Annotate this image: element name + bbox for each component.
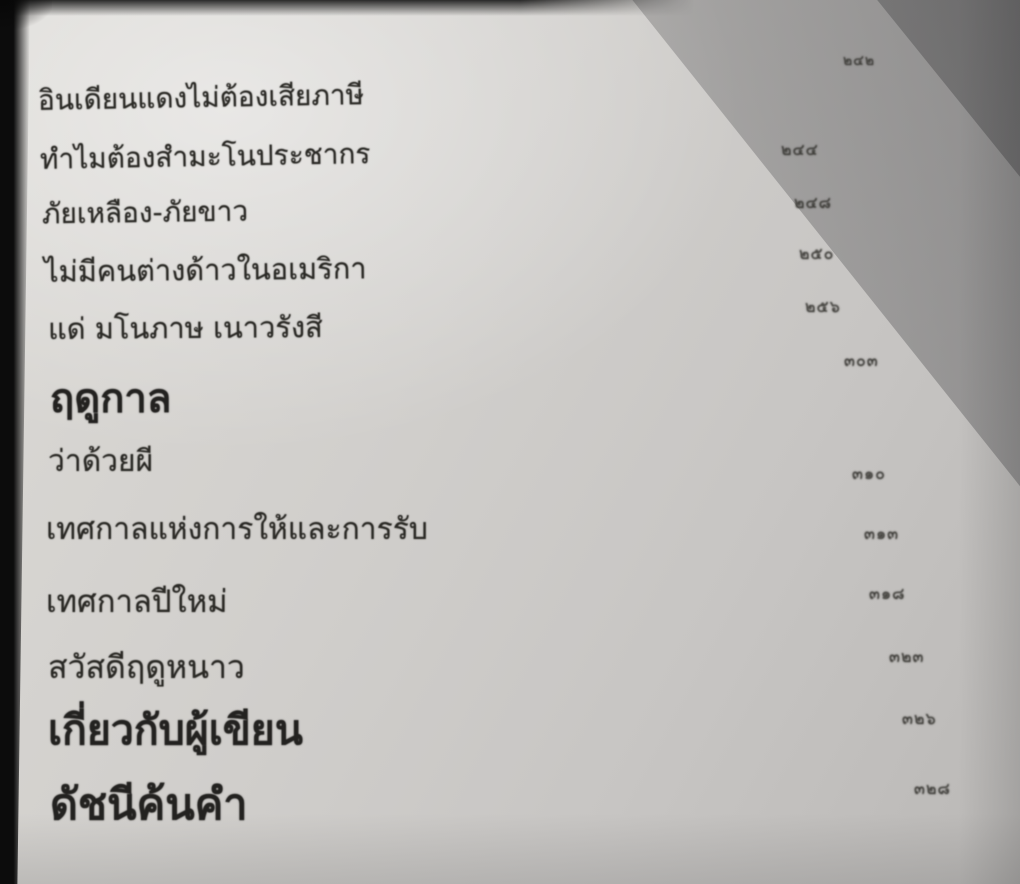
toc-entry-page-number: ๓๑๐	[852, 462, 886, 487]
toc-entry-title: เทศกาลปีใหม่	[46, 576, 228, 626]
toc-entry-page-number: ๓๑๘	[869, 582, 905, 607]
book-page-photo: อินเดียนแดงไม่ต้องเสียภาษี ๒๔๒ ทำไมต้องส…	[0, 0, 1020, 884]
toc-entry-page-number: ๓๒๓	[889, 645, 924, 670]
toc-entry-title: ว่าด้วยผี	[48, 438, 153, 485]
toc-entry-title: เทศกาลแห่งการให้และการรับ	[46, 506, 428, 553]
toc-entry-title: ทำไมต้องสำมะโนประชากร	[40, 132, 371, 182]
toc-entry-title: สวัสดีฤดูหนาว	[48, 642, 245, 693]
toc-entry-title: ภัยเหลือง-ภัยขาว	[42, 190, 249, 237]
toc-section-title: ดัชนีค้นคำ	[50, 770, 248, 838]
toc-entry-title: อินเดียนแดงไม่ต้องเสียภาษี	[38, 73, 365, 123]
table-of-contents: อินเดียนแดงไม่ต้องเสียภาษี ๒๔๒ ทำไมต้องส…	[0, 0, 1020, 884]
toc-entry-page-number: ๓๑๓	[864, 522, 899, 547]
toc-section-title: ฤดูกาล	[50, 366, 171, 430]
toc-entry-page-number: ๒๕๖	[805, 295, 841, 320]
toc-entry-page-number: ๒๔๒	[843, 50, 875, 72]
toc-entry-title: แด่ มโนภาษ เนาวรังสี	[48, 304, 323, 352]
toc-entry-page-number: ๒๔๘	[794, 191, 832, 216]
toc-section-title: เกี่ยวกับผู้เขียน	[48, 698, 303, 763]
toc-entry-title: ไม่มีคนต่างด้าวในอเมริกา	[44, 245, 367, 294]
toc-entry-page-number: ๓๐๓	[844, 349, 879, 374]
toc-entry-page-number: ๓๒๖	[902, 707, 937, 732]
toc-entry-page-number: ๒๕๐	[799, 242, 834, 267]
toc-entry-page-number: ๒๔๔	[781, 138, 819, 163]
toc-entry-page-number: ๓๒๘	[914, 777, 951, 802]
